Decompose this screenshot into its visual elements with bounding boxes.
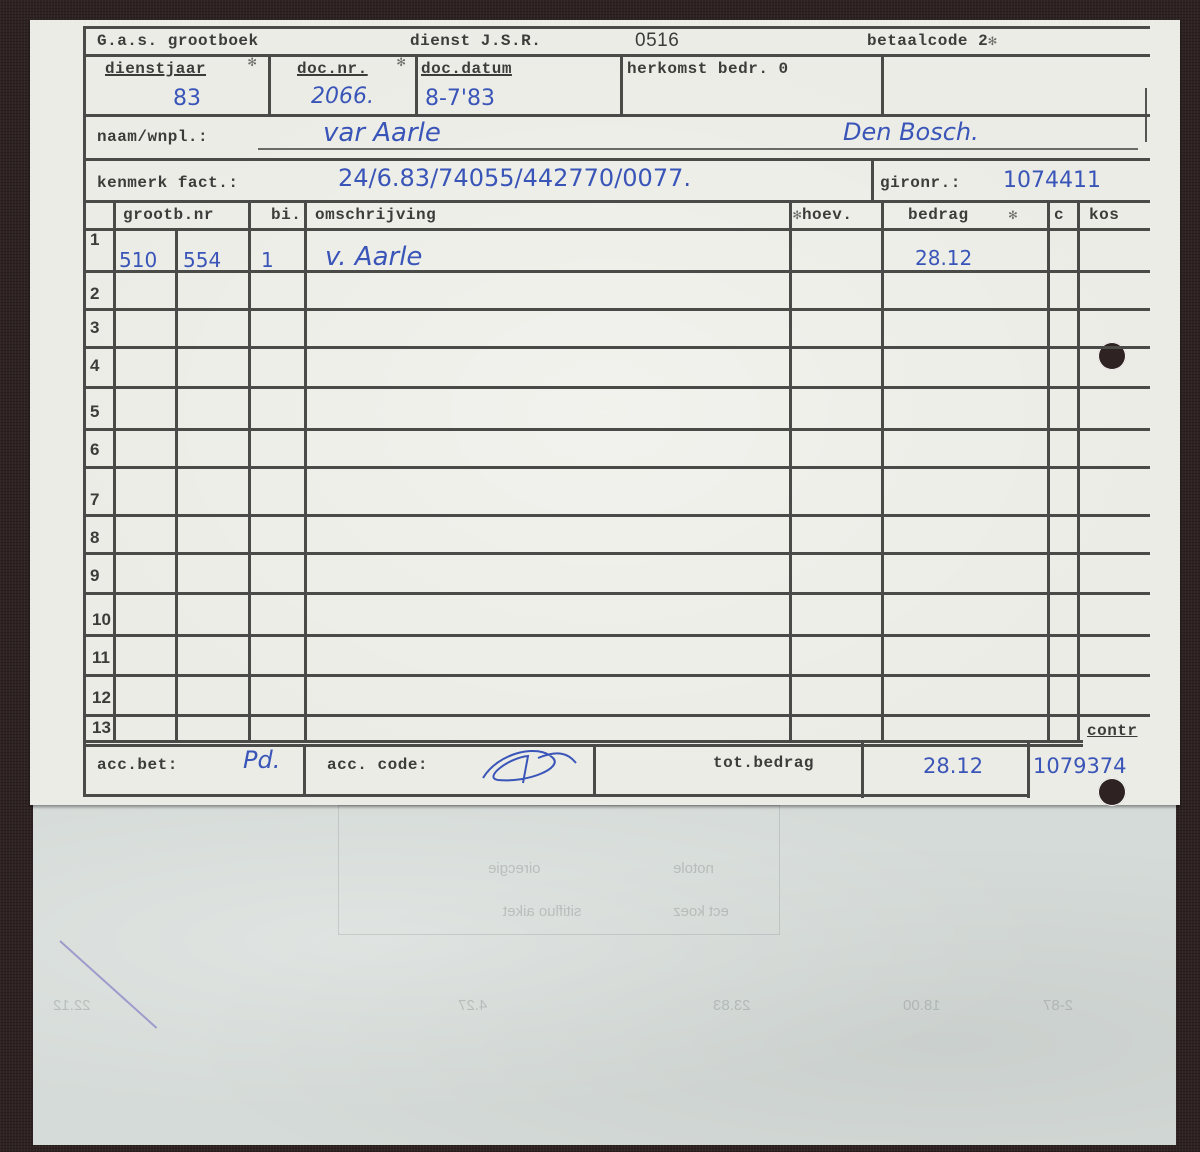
row-number: 7 [90,490,99,510]
gironr-value: 1074411 [1003,168,1101,193]
ledger-form-sheet: G.a.s. grootboek dienst J.S.R. 0516 beta… [30,20,1180,805]
form-code: 0516 [635,30,679,52]
kenmerk-label: kenmerk fact.: [97,174,238,192]
row-number: 4 [90,356,99,376]
contr-label: contr [1087,722,1138,740]
row1-grootboek-b: 554 [183,248,221,272]
kenmerk-value: 24/6.83/74055/442770/0077. [338,164,691,192]
col-header-bi: bi. [271,206,301,224]
row-number: 12 [92,688,111,708]
ghost-text: notole [673,860,714,877]
row-number: 8 [90,528,99,548]
dienstjaar-label: dienstjaar [105,60,206,78]
form-title: G.a.s. grootboek [97,32,259,50]
row-number: 2 [90,284,99,304]
gironr-label: gironr.: [880,174,961,192]
row-number: 10 [92,610,111,630]
ghost-text: ect koez [673,903,729,920]
punch-hole-bottom [1098,778,1126,806]
row-number: 3 [90,318,99,338]
row-number: 6 [90,440,99,460]
docnr-value: 2066. [311,84,374,109]
accbet-label: acc.bet: [97,756,178,774]
ghost-text: oirecgie [488,860,541,877]
ghost-text: 22.12 [53,997,91,1014]
row-number: 1 [90,230,99,250]
row-number: 13 [92,718,111,738]
col-header-hoev: ✻hoev. [793,206,852,224]
col-header-bedrag: bedrag ✻ [908,206,1018,224]
acccode-label: acc. code: [327,756,428,774]
docdatum-value: 8-7'83 [425,86,495,111]
row1-omschrijving: v. Aarle [325,242,422,272]
naam-value: var Aarle [323,118,441,148]
underlying-receipt-sheet: notole oirecgie ect koez sitifluo aiket … [33,805,1176,1145]
betaalcode-label: betaalcode 2✻ [867,32,997,50]
row-number: 9 [90,566,99,586]
col-header-omschrijving: omschrijving [315,206,436,224]
totbedrag-label: tot.bedrag [713,754,814,772]
row-number: 11 [92,648,110,668]
ghost-text: 18.00 [903,997,941,1014]
herkomst-label: herkomst bedr. 0 [627,60,789,78]
row1-grootboek-a: 510 [119,248,157,272]
naam-label: naam/wnpl.: [97,128,208,146]
col-header-c: c [1054,206,1064,224]
docdatum-label: doc.datum [421,60,512,78]
contr-value: 1079374 [1033,754,1127,778]
totbedrag-value: 28.12 [923,754,983,778]
col-header-grootboek: grootb.nr [123,206,214,224]
ghost-text: sitifluo aiket [503,903,581,920]
row1-bedrag: 28.12 [915,246,972,270]
ghost-text: 23.83 [713,997,751,1014]
row1-bi: 1 [261,248,274,272]
ghost-text: 2-87 [1043,997,1073,1014]
row-number: 5 [90,402,99,422]
woonplaats-value: Den Bosch. [843,118,979,146]
docnr-label: doc.nr. [297,60,368,78]
dienstjaar-value: 83 [173,86,201,111]
ghost-text: 4.27 [458,997,487,1014]
accbet-value: Pd. [243,746,280,774]
col-header-kos: kos [1089,206,1119,224]
acccode-signature [478,738,588,788]
dienst-label: dienst J.S.R. [410,32,541,50]
